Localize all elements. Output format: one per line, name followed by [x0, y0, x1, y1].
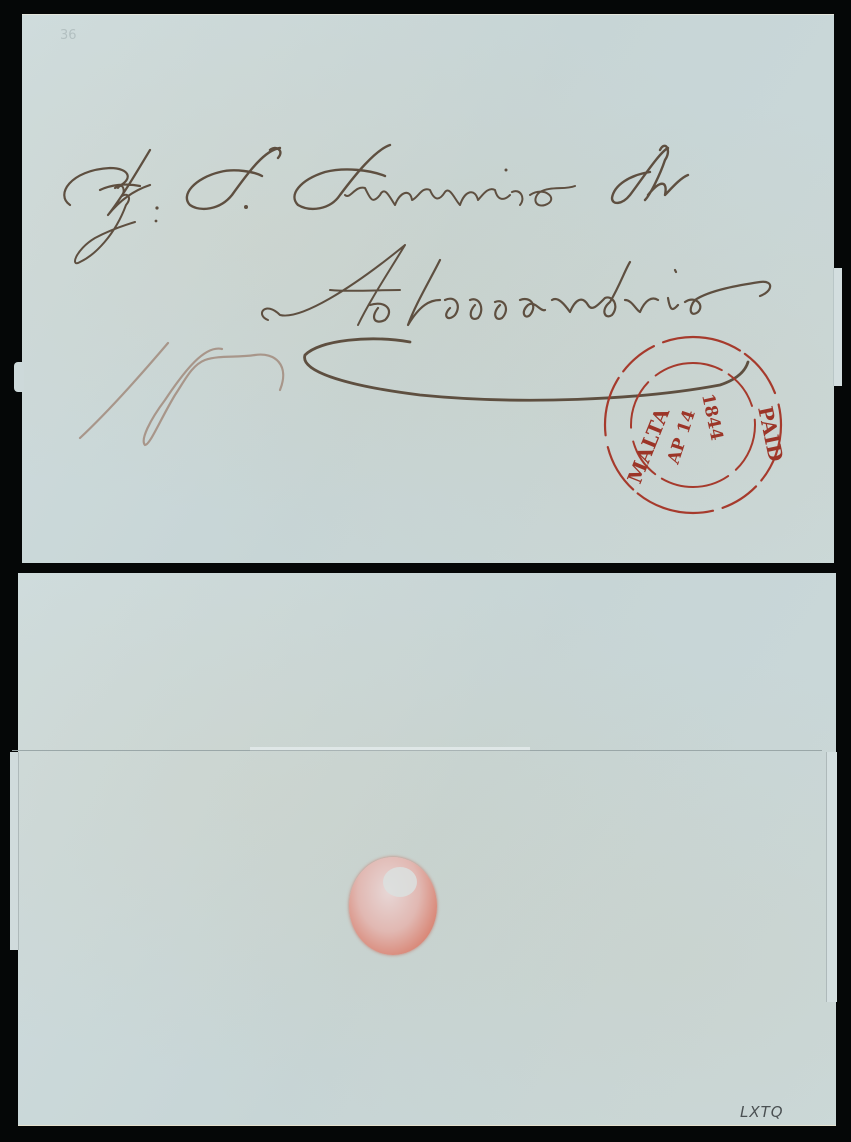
postmark-top-text: MALTA: [622, 404, 674, 487]
front-markings: MALTA PAID AP 14 1844: [0, 0, 851, 1142]
seal-chip: [383, 867, 417, 897]
malta-paid-postmark: MALTA PAID AP 14 1844: [605, 337, 788, 513]
address-line-1: [64, 145, 688, 263]
pencil-note: LXTQ: [740, 1103, 784, 1121]
wax-seal: [349, 857, 437, 955]
manuscript-rate: [80, 343, 283, 445]
postmark-year: 1844: [697, 392, 726, 443]
postmark-bottom-text: PAID: [753, 404, 788, 464]
address-line-2: [262, 245, 770, 400]
